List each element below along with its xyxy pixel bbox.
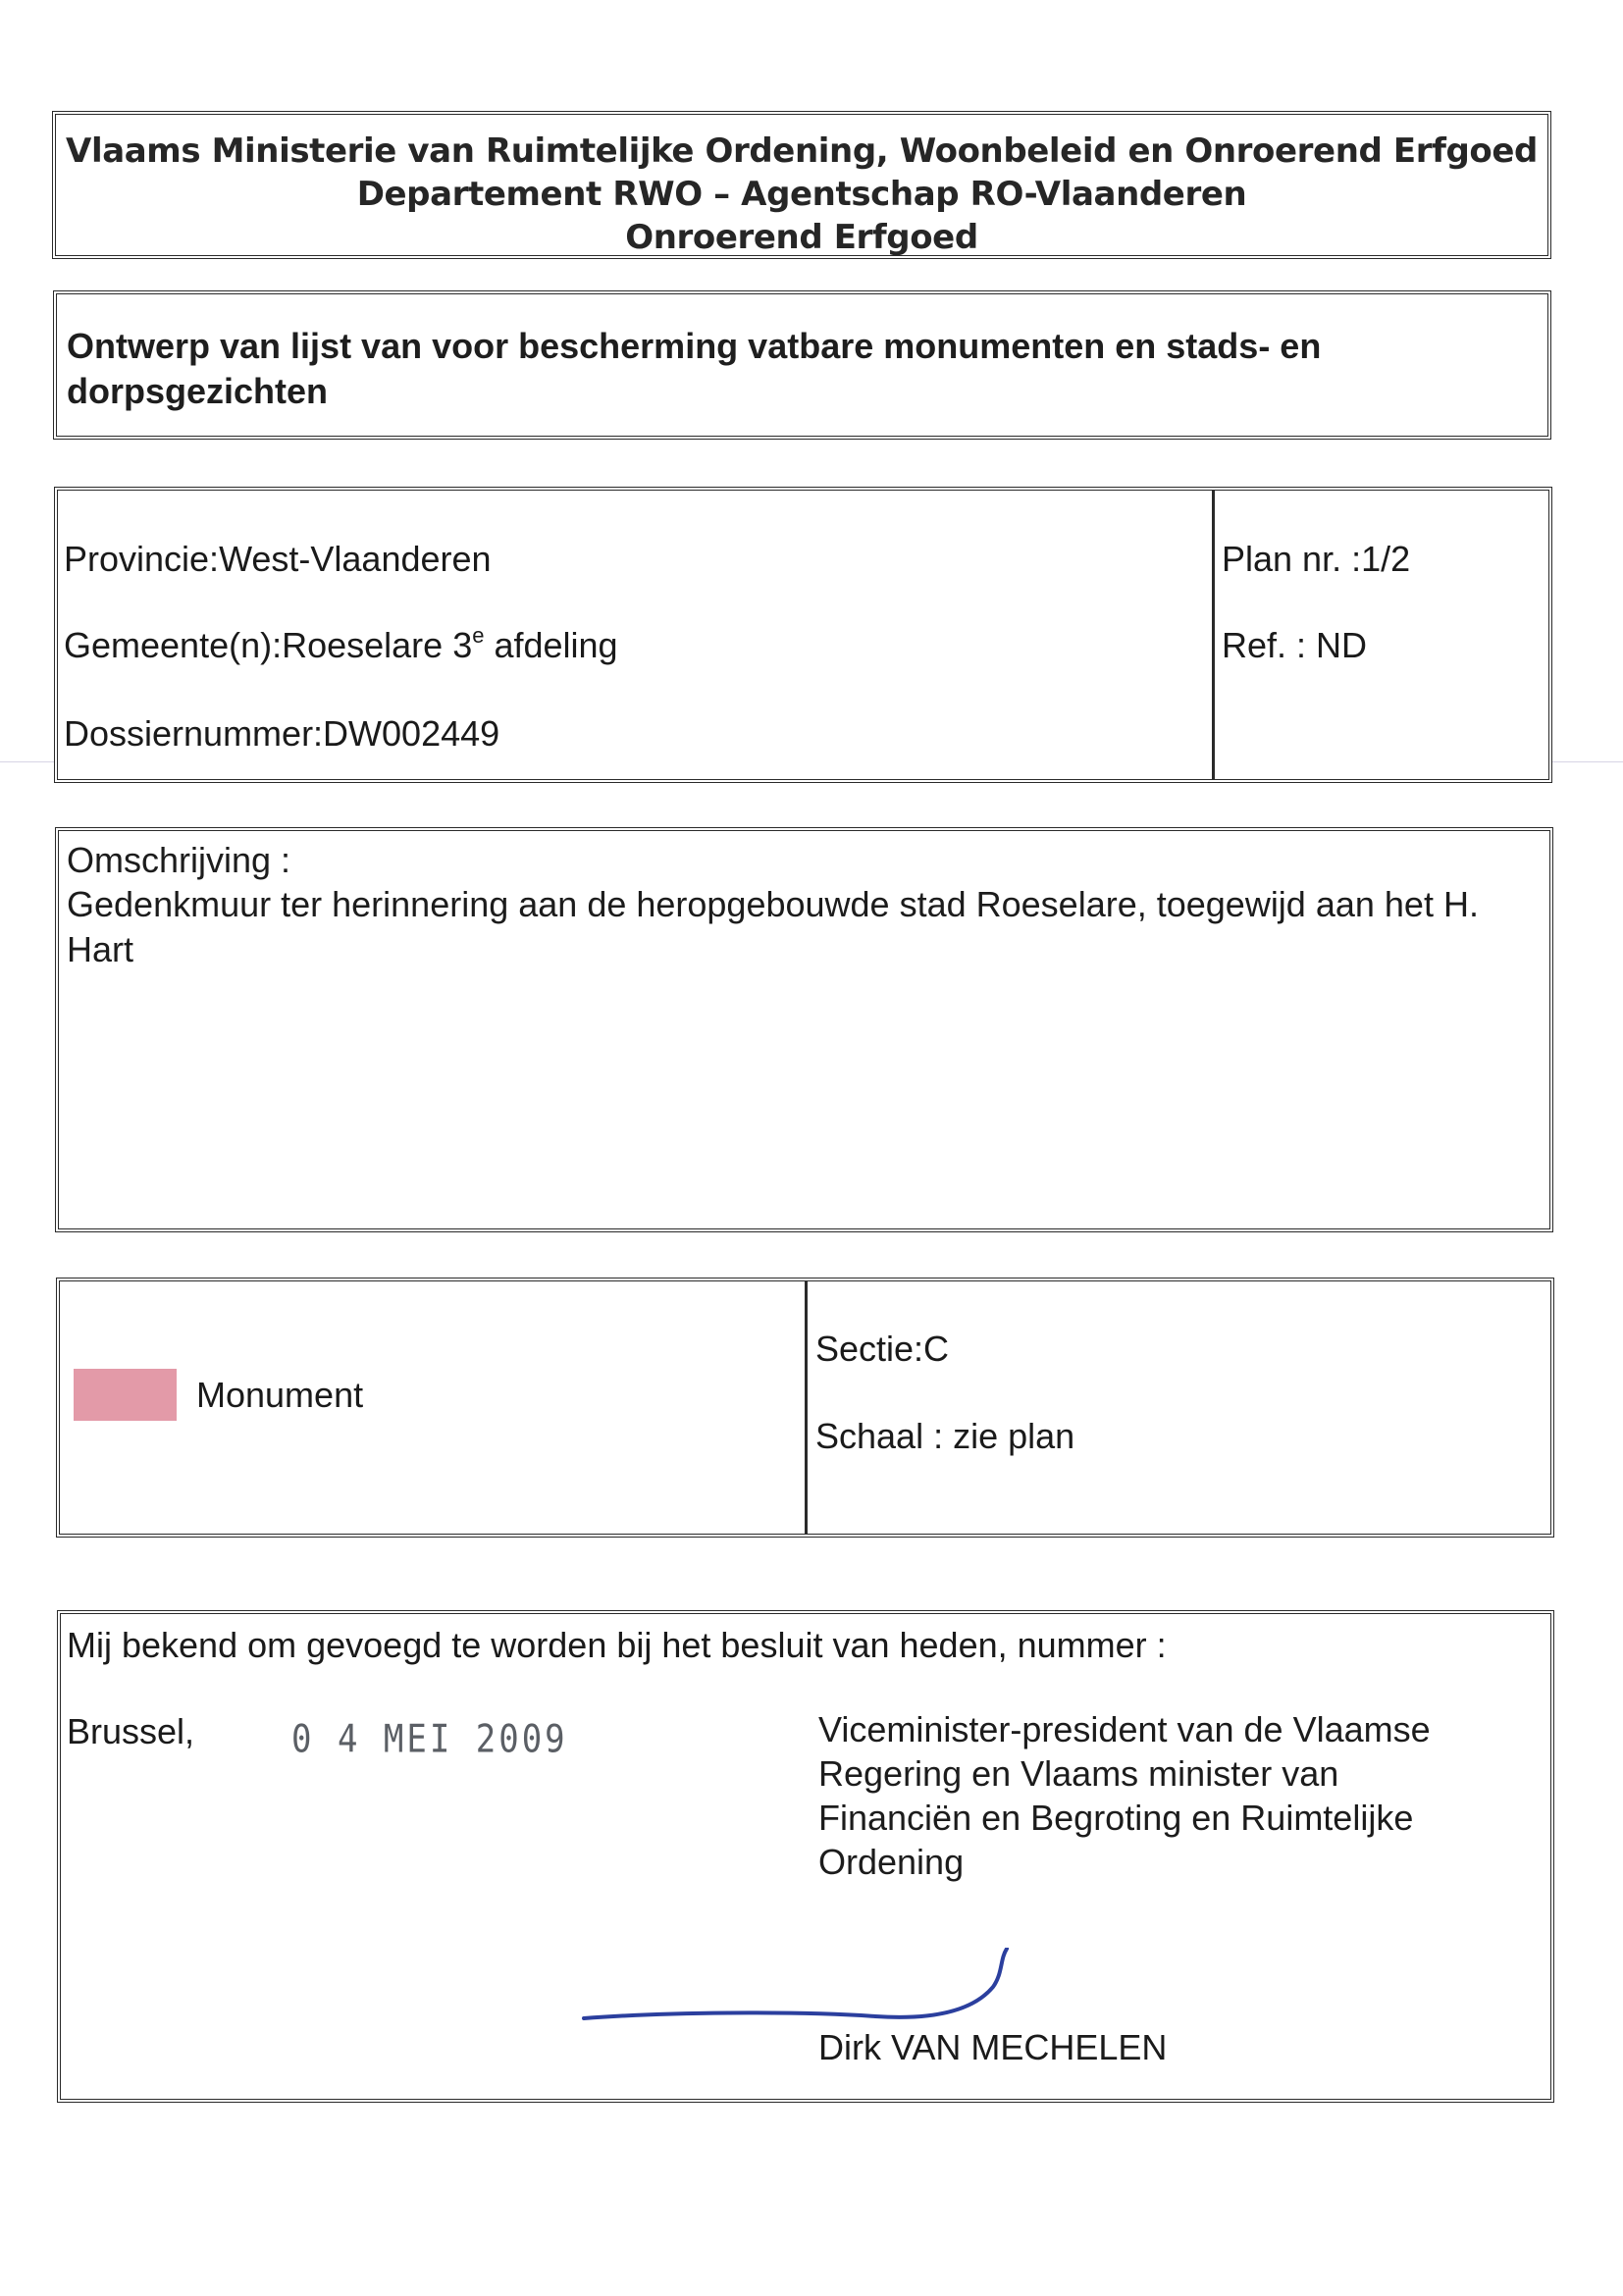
date-stamp: 0 4 MEI 2009 [291,1717,568,1762]
document-title-box: Ontwerp van lijst van voor bescherming v… [53,290,1551,440]
signature-box: Mij bekend om gevoegd te worden bij het … [57,1610,1554,2103]
description-box: Omschrijving : Gedenkmuur ter herinnerin… [55,827,1553,1232]
provincie-field: Provincie:West-Vlaanderen [64,540,492,579]
description-text: Gedenkmuur ter herinnering aan de heropg… [67,882,1520,972]
minister-title-line: Viceminister-president van de Vlaamse [818,1707,1431,1751]
monument-color-swatch [74,1369,177,1421]
document-title: Ontwerp van lijst van voor bescherming v… [67,324,1528,414]
minister-title: Viceminister-president van de Vlaamse Re… [818,1707,1431,1884]
schaal-field: Schaal : zie plan [815,1417,1074,1456]
gemeente-superscript: e [472,623,484,648]
minister-title-line: Regering en Vlaams minister van [818,1751,1431,1796]
gemeente-suffix: afdeling [484,625,617,665]
gemeente-field: Gemeente(n):Roeselare 3e afdeling [64,626,618,665]
sectie-field: Sectie:C [815,1330,949,1369]
legend-label-monument: Monument [196,1376,363,1415]
gemeente-prefix: Gemeente(n):Roeselare 3 [64,625,472,665]
legend-divider [805,1281,808,1534]
reference-field: Ref. : ND [1222,626,1367,665]
approval-statement: Mij bekend om gevoegd te worden bij het … [67,1626,1167,1665]
department-name: Departement RWO – Agentschap RO-Vlaander… [56,173,1547,216]
description-label: Omschrijving : [67,839,290,882]
signing-place: Brussel, [67,1712,194,1751]
info-divider [1212,491,1215,779]
handwritten-signature [581,1948,1130,2036]
signatory-name: Dirk VAN MECHELEN [818,2028,1167,2067]
legend-box: Monument Sectie:C Schaal : zie plan [56,1278,1554,1538]
ministry-header: Vlaams Ministerie van Ruimtelijke Ordeni… [52,111,1551,259]
plan-number-field: Plan nr. :1/2 [1222,540,1410,579]
ministry-name: Vlaams Ministerie van Ruimtelijke Ordeni… [56,130,1547,173]
dossiernummer-field: Dossiernummer:DW002449 [64,714,499,754]
minister-title-line: Financiën en Begroting en Ruimtelijke [818,1796,1431,1840]
minister-title-line: Ordening [818,1840,1431,1884]
agency-name: Onroerend Erfgoed [56,216,1547,259]
location-info-box: Provincie:West-Vlaanderen Gemeente(n):Ro… [54,487,1552,783]
